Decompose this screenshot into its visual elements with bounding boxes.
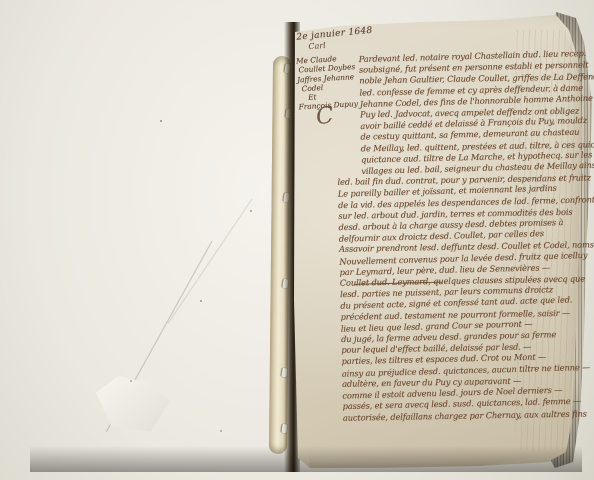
paragraph-flourish: C [314, 102, 335, 130]
paper-specks [160, 120, 162, 122]
manuscript-photo: 2e januier 1648 Carl Me ClaudeCoullet Do… [0, 0, 594, 480]
act-text-block: Pardevant led. notaire royal Chastellain… [335, 49, 585, 424]
entry-date-note: Carl [308, 41, 326, 51]
manuscript-entry: 2e januier 1648 Carl Me ClaudeCoullet Do… [296, 22, 590, 472]
entry-date: 2e januier 1648 [296, 26, 373, 43]
